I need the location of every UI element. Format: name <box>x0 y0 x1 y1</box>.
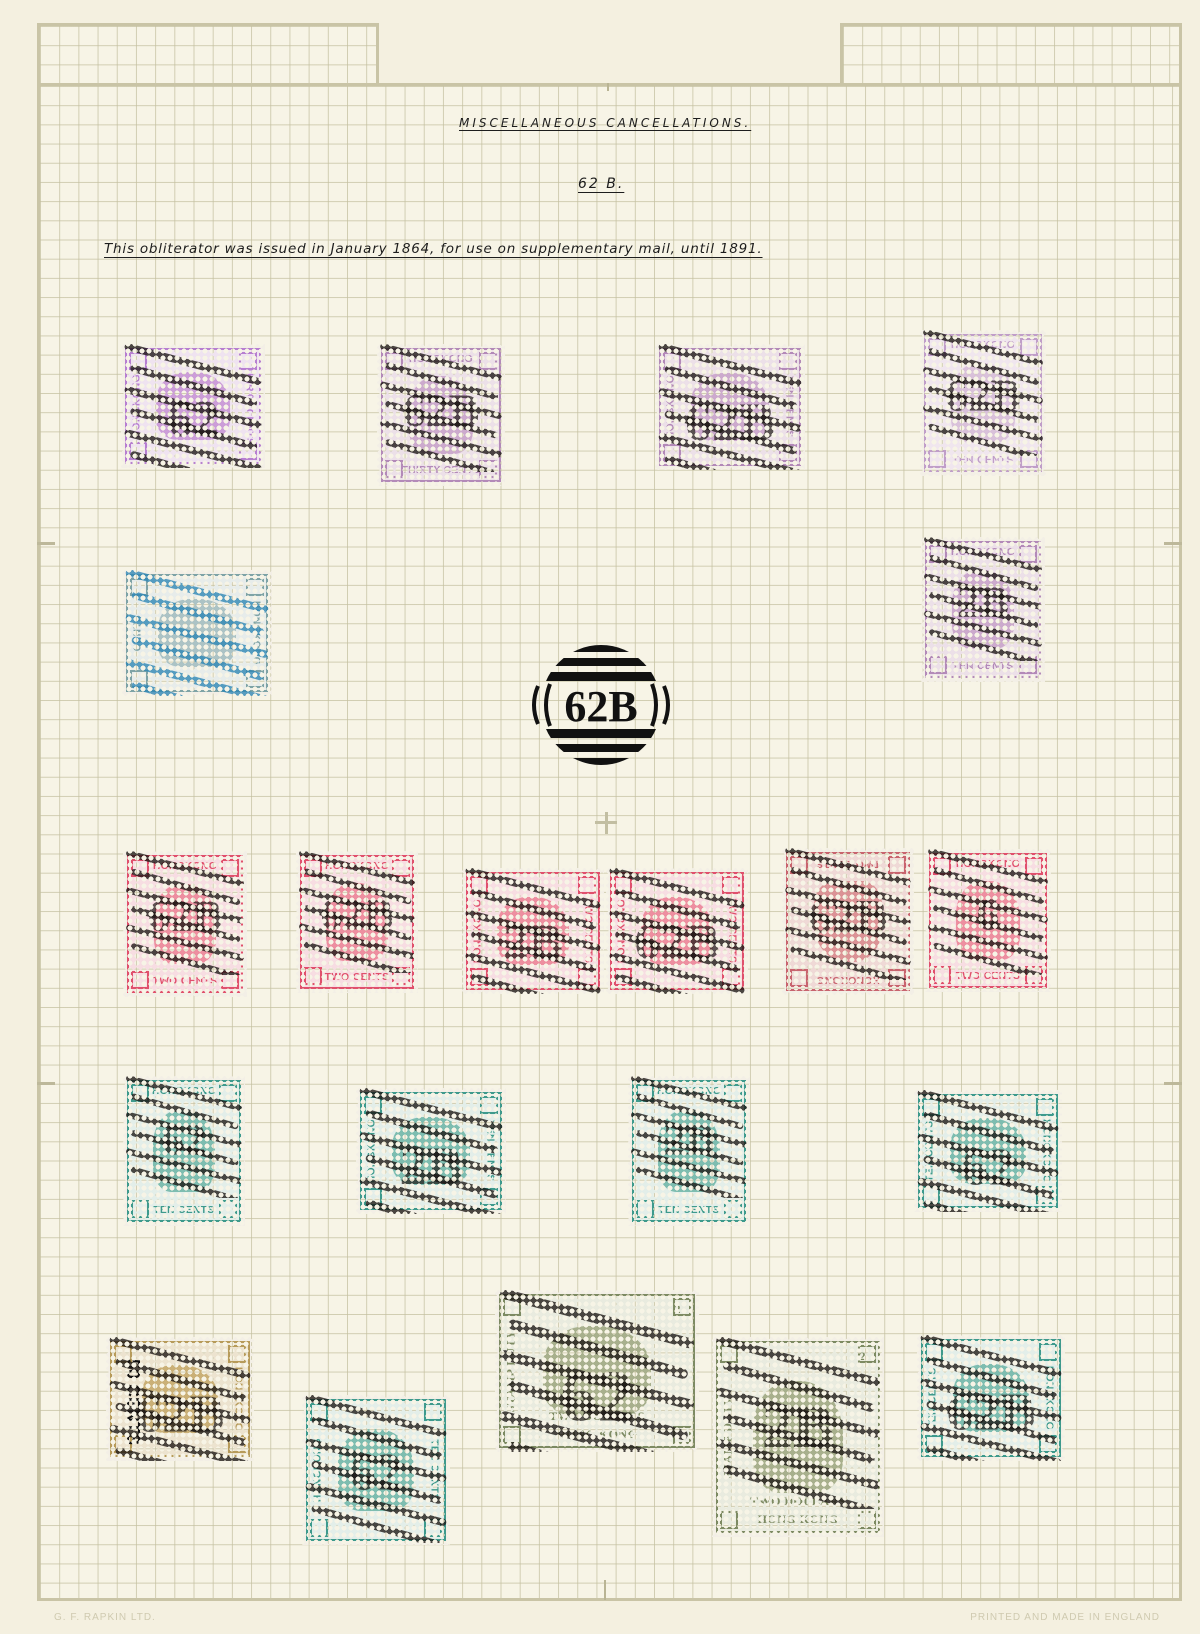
stamp-value: TEN CENTS <box>634 1205 744 1216</box>
stamp-design: HONGKONGTWO CENTS <box>300 855 414 989</box>
stamp-value: TWO DOLLARS <box>718 1494 878 1509</box>
album-grid-top-left <box>37 23 379 86</box>
stamp-design: HONGKONG50 CENTS <box>110 1341 250 1457</box>
stamp-design: HONGKONGTEN CENTS <box>659 348 801 466</box>
stamp-country: HONG KONG <box>718 1512 878 1527</box>
stamp-country: HONGKONG <box>634 1086 744 1097</box>
cancellation-illustration: 62B <box>526 630 676 780</box>
stamp-design: HONGKONGTHIRTY CENTS <box>125 348 261 464</box>
stamp-country: HONGKONG <box>233 1351 244 1447</box>
stamp-country: HONGKONG <box>666 359 677 455</box>
stamp: HONGKONG50 CENTS62B <box>106 1337 254 1461</box>
stamp: TEN CENTSHONGKONG62 <box>914 1090 1062 1212</box>
margin-mark <box>1164 542 1182 545</box>
barred-oval-cancel-icon: 62B <box>526 630 676 780</box>
stamp-type: STAMP DUTY <box>504 1323 519 1419</box>
margin-mark <box>1164 1082 1182 1085</box>
queen-victoria-portrait-icon <box>951 363 1015 443</box>
stamp-value: TWO CENTS <box>727 883 738 979</box>
queen-victoria-portrait-icon <box>409 376 474 454</box>
stamp-country: HONGKONG <box>927 547 1039 558</box>
queen-victoria-portrait-icon <box>950 1118 1026 1184</box>
queen-victoria-portrait-icon <box>956 881 1020 960</box>
stamp-design: HONGKONGTEN CENTS <box>632 1080 746 1222</box>
stamp-value: TEN CENTS <box>925 1103 936 1199</box>
queen-victoria-portrait-icon <box>326 883 388 961</box>
stamp-design: HONGKONGTEN CENTS <box>925 541 1041 678</box>
stamp: HONGKONGTWO CENTS2B <box>462 868 604 994</box>
queen-victoria-portrait-icon <box>154 884 217 964</box>
stamp: CENTSHONGKONG <box>122 570 272 696</box>
stamp: HONGKONGTEN CENTS62B <box>655 344 805 470</box>
margin-mark <box>37 1082 55 1085</box>
page-subtitle: 62 B. <box>578 176 624 192</box>
stamp-country: HONGKONG <box>302 861 412 872</box>
stamp-type: STAMP DUTY <box>721 1389 736 1485</box>
stamp-design: HONGKONGTWO CENTS <box>466 872 600 990</box>
queen-victoria-portrait-icon <box>156 372 230 439</box>
stamp-value: THIRTY CENTS <box>244 358 255 454</box>
queen-victoria-portrait-icon <box>543 1326 651 1416</box>
stamp-value: TEN CENTS <box>927 661 1039 672</box>
stamp: HONGKONGTWO CENTS62B <box>782 848 914 995</box>
stamp-surcharge: 50 CENTS <box>124 1359 142 1445</box>
stamp-design: TEN CENTSHONGKONG <box>921 1339 1061 1457</box>
stamp: HONGKONGTWO CENTS6 <box>925 849 1051 992</box>
queen-victoria-portrait-icon <box>691 373 768 441</box>
stamp: HONGKONGTEN CENTS2B <box>628 1076 750 1226</box>
stamp-value: THIRTY CENTS <box>383 465 499 476</box>
stamp-country: HONGKONG <box>383 354 499 365</box>
stamp-design: STAMP DUTY2TWO DOLLARSHONG KONG <box>499 1294 695 1448</box>
stamp-design: HONGKONGTEN CENTS <box>306 1399 446 1541</box>
stamp-value: TEN CENTS <box>784 359 795 455</box>
queen-victoria-portrait-icon <box>953 1364 1029 1432</box>
queen-victoria-portrait-icon <box>658 1110 720 1193</box>
footer-printed: PRINTED AND MADE IN ENGLAND <box>970 1612 1160 1623</box>
stamp-country: HONGKONG <box>129 1086 239 1097</box>
stamp: HONGKONGTHIRTY CENTS62 <box>121 344 265 468</box>
stamp-design: TEN CENTSHONGKONG <box>918 1094 1058 1208</box>
stamp-value: CENTS <box>133 585 144 681</box>
queen-victoria-portrait-icon <box>641 897 714 965</box>
footer-publisher: G. F. RAPKIN LTD. <box>54 1612 156 1623</box>
queen-victoria-portrait-icon <box>497 897 570 965</box>
key-pattern-icon <box>424 1519 442 1537</box>
queen-victoria-portrait-icon <box>338 1429 414 1512</box>
queen-victoria-portrait-icon <box>392 1117 469 1185</box>
svg-text:62B: 62B <box>564 682 637 731</box>
queen-victoria-portrait-icon <box>814 881 881 962</box>
stamp-value: TWO CENTS <box>931 971 1045 982</box>
margin-mark <box>37 542 55 545</box>
stamp-country: HONGKONG <box>1041 1103 1052 1199</box>
queen-victoria-portrait-icon <box>158 599 235 667</box>
stamp-country: HONGKONG <box>931 859 1045 870</box>
stamp-country: HONGKONG <box>251 585 262 681</box>
center-tick-top <box>607 83 609 91</box>
album-grid-top-right <box>840 23 1182 86</box>
stamp-country: HONGKONG <box>367 1103 378 1199</box>
stamp: HONGKONGTEN CENTS62 <box>302 1395 450 1545</box>
stamp: STAMP DUTY2TWO DOLLARSHONG KONG62 <box>495 1290 699 1452</box>
queen-victoria-portrait-icon <box>142 1365 218 1432</box>
stamp-value: TEN CENTS <box>429 1422 440 1518</box>
stamp-design: HONGKONGTWO CENTS <box>610 872 744 990</box>
queen-victoria-portrait-icon <box>153 1110 215 1193</box>
stamp: HONGKONGTWO CENTS62B <box>123 851 247 997</box>
stamp-country: HONGKONG <box>1044 1350 1055 1446</box>
page-title: MISCELLANEOUS CANCELLATIONS. <box>459 116 751 130</box>
stamp-value: TWO CENTS <box>302 972 412 983</box>
center-cross-mark <box>595 812 617 834</box>
stamp-value: TEN CENTS <box>926 455 1040 466</box>
queen-victoria-portrait-icon <box>753 1381 843 1494</box>
stamp-design: HONGKONGTWO CENTS <box>127 855 243 993</box>
stamp-design: HONGKONGTEN CENTS <box>360 1092 502 1210</box>
queen-victoria-portrait-icon <box>952 570 1015 650</box>
stamp-design: HONGKONGTWO CENTS <box>786 852 910 991</box>
stamp-denomination: 2 <box>718 1349 878 1364</box>
stamp-design: HONGKONGTHIRTY CENTS <box>381 348 501 482</box>
center-tick-bottom <box>604 1580 606 1600</box>
key-pattern-icon <box>424 1403 442 1421</box>
stamp: HONGKONGTHIRTY CENTS62B <box>377 344 505 486</box>
stamp-value: TWO CENTS <box>583 883 594 979</box>
stamp-country: HONGKONG <box>129 861 241 872</box>
stamp-country: HONGKONG <box>788 974 908 985</box>
stamp-country: HONGKONG <box>473 883 484 979</box>
stamp-value: TEN CENTS <box>928 1350 939 1446</box>
stamp: HONGKONGTEN CENTS2B <box>921 537 1045 682</box>
stamp-country: HONG KONG <box>501 1427 693 1442</box>
stamp-design: HONGKONGTEN CENTS <box>127 1080 241 1222</box>
stamp: HONGKONGTWO CENTS62B <box>606 868 748 994</box>
stamp: TEN CENTSHONGKONG62B <box>917 1335 1065 1461</box>
stamp-design: HONGKONGTWO CENTS <box>929 853 1047 988</box>
stamp-value: TEN CENTS <box>485 1103 496 1199</box>
page-note: This obliterator was issued in January 1… <box>104 241 763 257</box>
stamp-value: TWO CENTS <box>788 858 908 869</box>
stamp: HONGKONGTEN CENTS62 <box>123 1076 245 1226</box>
stamp: HONGKONGTEN CENTS62B <box>920 330 1046 476</box>
key-pattern-icon <box>310 1403 328 1421</box>
stamp: HONGKONGTEN CENTS2B <box>356 1088 506 1214</box>
stamp-country: HONGKONG <box>132 358 143 454</box>
key-pattern-icon <box>310 1519 328 1537</box>
stamp: HONGKONGTWO CENTS62B <box>296 851 418 993</box>
stamp-design: CENTSHONGKONG <box>126 574 268 692</box>
stamp-country: HONGKONG <box>926 340 1040 351</box>
stamp: STAMP DUTY2TWO DOLLARSHONG KONG2B <box>712 1337 884 1537</box>
stamp-value: TWO CENTS <box>129 976 241 987</box>
stamp-value: TEN CENTS <box>129 1205 239 1216</box>
stamp-design: STAMP DUTY2TWO DOLLARSHONG KONG <box>716 1341 880 1533</box>
stamp-value: TWO DOLLARS <box>501 1409 693 1424</box>
stamp-design: HONGKONGTEN CENTS <box>924 334 1042 472</box>
stamp-denomination: 2 <box>501 1302 693 1317</box>
stamp-country: HONGKONG <box>313 1422 324 1518</box>
stamp-country: HONGKONG <box>617 883 628 979</box>
